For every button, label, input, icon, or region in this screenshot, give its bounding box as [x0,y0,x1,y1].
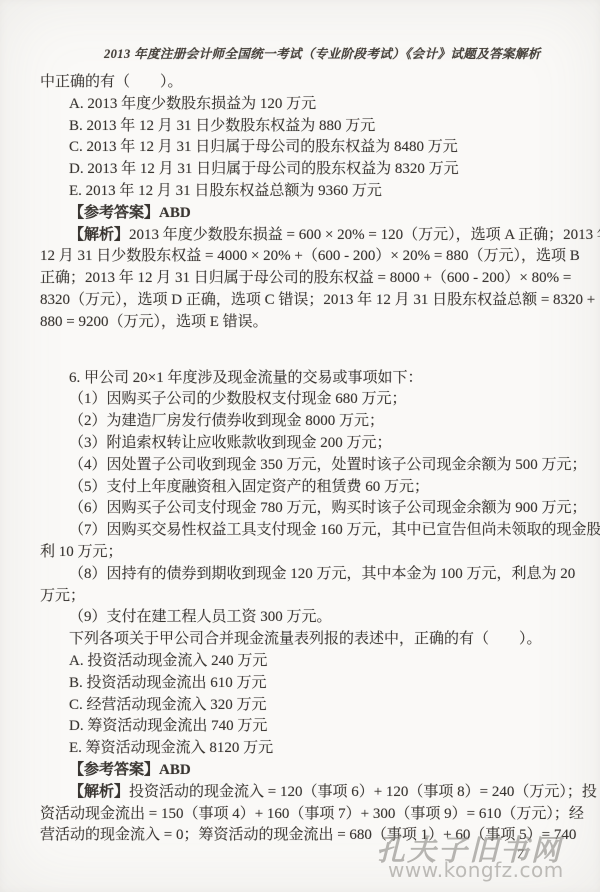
q6-item-9: （9）支付在建工程人员工资 300 万元。 [40,607,574,629]
q5-stem-continuation: 中正确的有（ ）。 [40,72,574,94]
question-divider-space [40,334,574,368]
page-body: 中正确的有（ ）。 A. 2013 年度少数股东损益为 120 万元 B. 20… [40,72,574,847]
q6-answer-value: ABD [159,762,191,778]
q5-analysis-line-2: 12 月 31 日少数股东权益 = 4000 × 20% +（600 - 200… [40,246,574,268]
q6-item-4: （4）因处置子公司收到现金 350 万元，处置时该子公司现金余额为 500 万元… [40,455,574,477]
q6-item-8-line-2: 万元； [40,586,574,608]
q5-option-e: E. 2013 年 12 月 31 日股东权益总额为 9360 万元 [40,181,574,203]
q6-item-7-line-1: （7）因购买交易性权益工具支付现金 160 万元，其中已宣告但尚未领取的现金股 [40,520,574,542]
q5-option-b: B. 2013 年 12 月 31 日少数股东权益为 880 万元 [40,116,574,138]
q6-lead-in: 下列各项关于甲公司合并现金流量表列报的表述中，正确的有（ ）。 [40,629,574,651]
q5-analysis-line-1: 【解析】2013 年度少数股东损益 = 600 × 20% = 120（万元），… [40,225,574,247]
q5-analysis-line-5: 880 = 9200（万元），选项 E 错误。 [40,312,574,334]
q5-analysis-label: 【解析】 [69,227,129,243]
q6-item-3: （3）附追索权转让应收账款收到现金 200 万元； [40,433,574,455]
running-header: 2013 年度注册会计师全国统一考试（专业阶段考试）《会计》试题及答案解析 [104,44,584,62]
scanned-book-page: 2013 年度注册会计师全国统一考试（专业阶段考试）《会计》试题及答案解析 中正… [0,0,600,892]
q6-answer-line: 【参考答案】ABD [40,760,574,782]
q5-analysis-text-1: 2013 年度少数股东损益 = 600 × 20% = 120（万元），选项 A… [129,227,600,243]
q6-analysis-text-1: 投资活动的现金流入 = 120（事项 6）+ 120（事项 8）= 240（万元… [129,784,597,800]
q6-item-2: （2）为建造厂房发行债券收到现金 8000 万元； [40,411,574,433]
q5-option-d: D. 2013 年 12 月 31 日归属于母公司的股东权益为 8320 万元 [40,159,574,181]
q6-analysis-line-2: 资活动现金流出 = 150（事项 4）+ 160（事项 7）+ 300（事项 9… [40,804,574,826]
q6-item-5: （5）支付上年度融资租入固定资产的租赁费 60 万元； [40,477,574,499]
q5-option-a: A. 2013 年度少数股东损益为 120 万元 [40,94,574,116]
q5-answer-line: 【参考答案】ABD [40,203,574,225]
q6-item-8-line-1: （8）因持有的债券到期收到现金 120 万元，其中本金为 100 万元，利息为 … [40,564,574,586]
q6-option-a: A. 投资活动现金流入 240 万元 [40,651,574,673]
q6-item-1: （1）因购买子公司的少数股权支付现金 680 万元； [40,389,574,411]
q6-item-7-line-2: 利 10 万元； [40,542,574,564]
q6-stem: 6. 甲公司 20×1 年度涉及现金流量的交易或事项如下： [40,368,574,390]
kongfz-watermark-url: www.kongfz.com [388,858,564,882]
q6-item-6: （6）因购买子公司支付现金 780 万元，购买时该子公司现金余额为 900 万元… [40,498,574,520]
q5-analysis-line-3: 正确；2013 年 12 月 31 日归属于母公司的股东权益 = 8000 +（… [40,268,574,290]
q6-answer-label: 【参考答案】 [69,762,159,778]
q6-option-c: C. 经营活动现金流入 320 万元 [40,695,574,717]
q5-analysis-line-4: 8320（万元），选项 D 正确，选项 C 错误；2013 年 12 月 31 … [40,290,574,312]
q6-option-e: E. 筹资活动现金流入 8120 万元 [40,738,574,760]
q6-option-d: D. 筹资活动现金流出 740 万元 [40,716,574,738]
q6-analysis-line-1: 【解析】投资活动的现金流入 = 120（事项 6）+ 120（事项 8）= 24… [40,782,574,804]
q6-option-b: B. 投资活动现金流出 610 万元 [40,673,574,695]
q5-answer-value: ABD [159,205,191,221]
q5-option-c: C. 2013 年 12 月 31 日归属于母公司的股东权益为 8480 万元 [40,137,574,159]
q6-analysis-label: 【解析】 [69,784,129,800]
q5-answer-label: 【参考答案】 [69,205,159,221]
